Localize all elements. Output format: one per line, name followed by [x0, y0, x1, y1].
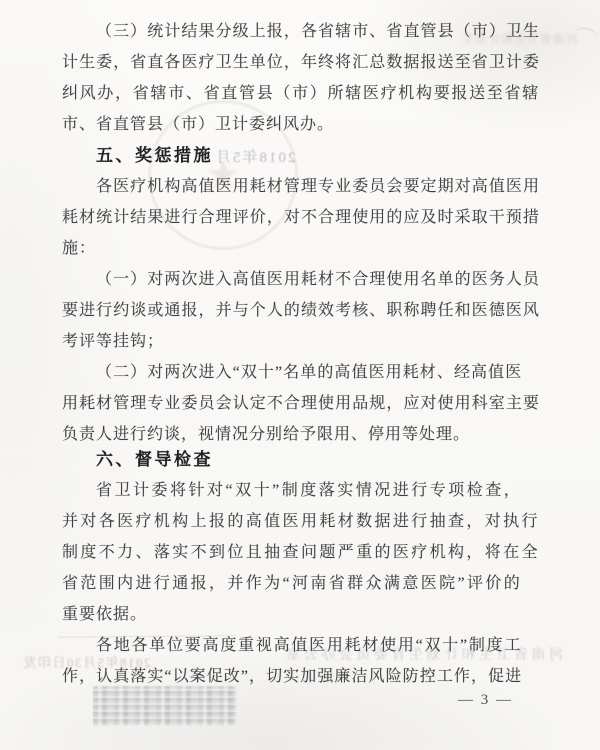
text-line: 市、省直管县（市）卫计委纠风办。	[62, 109, 540, 140]
redaction-mosaic-block	[93, 686, 236, 726]
text-line: 施：	[62, 233, 540, 264]
text-line: 考评等挂钩；	[62, 326, 540, 357]
text-line: 用耗材管理专业委员会认定不合理使用品规，应对使用科室主要	[62, 388, 540, 419]
text-line: （三）统计结果分级上报，各省辖市、省直管县（市）卫生	[62, 16, 540, 47]
text-line: 作，认真落实“以案促改”，切实加强廉洁风险防控工作，促进	[62, 661, 540, 692]
scanned-document-page: ★ 2018年5月 河南省卫生和计划生育委员会 河南省卫生和计划生育委员会办公室…	[0, 0, 600, 750]
text-line: 省卫计委将针对“双十”制度落实情况进行专项检查，	[62, 475, 540, 506]
text-line: 耗材统计结果进行合理评价，对不合理使用的应及时采取干预措	[62, 202, 540, 233]
page-number: — 3 —	[458, 692, 513, 709]
text-line: （一）对两次进入高值医用耗材不合理使用名单的医务人员	[62, 264, 540, 295]
text-line: 制度不力、落实不到位且抽查问题严重的医疗机构，将在全	[62, 537, 540, 568]
text-line: 并对各医疗机构上报的高值医用耗材数据进行抽查，对执行	[62, 506, 540, 537]
text-line: 计生委，省直各医疗卫生单位，年终将汇总数据报送至省卫计委	[62, 47, 540, 78]
text-line: 省范围内进行通报，并作为“河南省群众满意医院”评价的	[62, 568, 540, 599]
text-line: 纠风办，省辖市、省直管县（市）所辖医疗机构要报送至省辖	[62, 78, 540, 109]
text-line: 各医疗机构高值医用耗材管理专业委员会要定期对高值医用	[62, 171, 540, 202]
text-line: 重要依据。	[62, 599, 540, 630]
text-line: （二）对两次进入“双十”名单的高值医用耗材、经高值医	[62, 357, 540, 388]
document-body: （三）统计结果分级上报，各省辖市、省直管县（市）卫生 计生委，省直各医疗卫生单位…	[62, 16, 540, 692]
text-line: 要进行约谈或通报，并与个人的绩效考核、职称聘任和医德医风	[62, 295, 540, 326]
section-heading-rewards: 五、奖惩措施	[62, 140, 540, 171]
text-line: 各地各单位要高度重视高值医用耗材使用“双十”制度工	[62, 630, 540, 661]
